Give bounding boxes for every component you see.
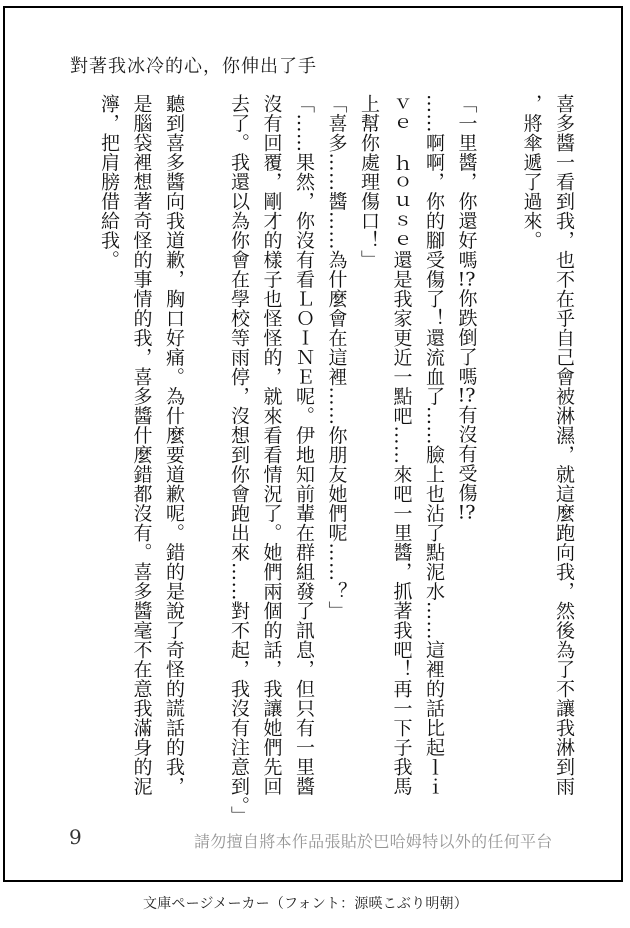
exclamation-question-mark: !? — [456, 503, 478, 522]
text-line: ｖｅ ｈｏｕｓｅ還是我家更近一點吧……來吧一里醬，抓著我吧！再一下子我馬 — [385, 94, 418, 854]
generator-caption: 文庫ページメーカー（フォント：源暎こぶり明朝） — [143, 893, 468, 913]
text-line: 沒有回覆，剛才的樣子也怪怪的，就來看看情況了。她們兩個的話，我讓她們先回 — [255, 94, 288, 854]
text-line: 濘，把肩膀借給我。 — [93, 94, 126, 854]
header-title: 對著我冰冷的心，你伸出了手 — [70, 52, 317, 78]
text-line: 「一里醬，你還好嗎!?你跌倒了嗎!?有沒有受傷!? — [450, 94, 483, 854]
text-line: 喜多醬一看到我，也不在乎自己會被淋濕，就這麼跑向我，然後為了不讓我淋到雨 — [548, 94, 581, 854]
body-columns: 喜多醬一看到我，也不在乎自己會被淋濕，就這麼跑向我，然後為了不讓我淋到雨，將傘遞… — [88, 94, 580, 854]
text-line: ，將傘遞了過來。 — [515, 94, 548, 854]
text-line: 聽到喜多醬向我道歉，胸口好痛。為什麼要道歉呢。錯的是說了奇怪的謊話的我， — [158, 94, 191, 854]
text-line: 「喜多……醬……為什麼會在這裡……你朋友她們呢……？」 — [320, 94, 353, 854]
text-line — [483, 94, 516, 854]
text-line: 「……果然，你沒有看ＬＯＩＮＥ呢。伊地知前輩在群組發了訊息，但只有一里醬 — [288, 94, 321, 854]
text-line: ……啊啊，你的腳受傷了！還流血了……臉上也沾了點泥水……這裡的話比起ｌｉ — [418, 94, 451, 854]
text-line: 去了。我還以為你會在學校等雨停，沒想到你會跑出來……對不起，我沒有注意到。」 — [223, 94, 256, 854]
page-number: 9 — [69, 825, 82, 849]
exclamation-question-mark: !? — [456, 270, 478, 289]
text-line: 上幫你處理傷口！」 — [353, 94, 386, 854]
repost-notice: 請勿擅自將本作品張貼於巴哈姆特以外的任何平台 — [194, 829, 553, 852]
text-line: 是腦袋裡想著奇怪的事情的我，喜多醬什麼錯都沒有。喜多醬毫不在意我滿身的泥 — [125, 94, 158, 854]
exclamation-question-mark: !? — [456, 386, 478, 405]
text-line — [190, 94, 223, 854]
page-frame: 對著我冰冷的心，你伸出了手 喜多醬一看到我，也不在乎自己會被淋濕，就這麼跑向我，… — [3, 6, 623, 882]
